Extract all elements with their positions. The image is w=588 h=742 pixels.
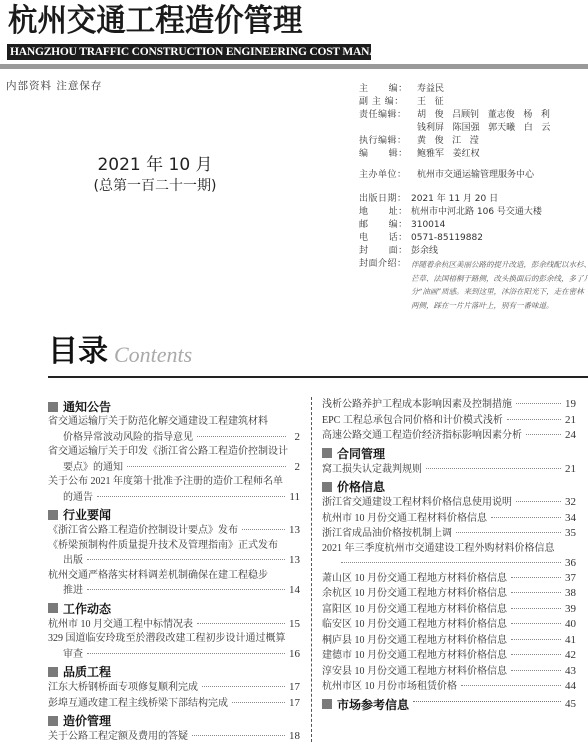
dot-leader — [192, 735, 285, 736]
toc-page-number: 21 — [565, 462, 576, 477]
credit-value: 王 征 — [417, 96, 444, 109]
toc-entry-line: 窝工损失认定裁判规则21 — [322, 462, 576, 478]
cover-intro-text: 伴随着余杭区美丽公路的提升改造，彭余线配以水杉、芒草、法国梧桐于路侧，改头换面后… — [411, 258, 588, 312]
toc-entry[interactable]: 浅析公路养护工程成本影响因素及控制措施19 — [322, 397, 576, 413]
toc-entry-text: 省交通运输厅关于印发《浙江省公路工程造价控制设计 — [48, 445, 288, 460]
toc-page-number: 34 — [565, 511, 576, 526]
square-bullet-icon — [322, 448, 332, 458]
magazine-subtitle: HANGZHOU TRAFFIC CONSTRUCTION ENGINEERIN… — [7, 44, 371, 60]
toc-entry-text: 桐庐县 10 月份交通工程地方材料价格信息 — [322, 634, 507, 649]
toc-entry-line: 浙江省成品油价格按机制上调35 — [322, 526, 576, 542]
dot-leader — [87, 559, 285, 560]
toc-entry-line: 《浙江省公路工程造价控制设计要点》发布13 — [48, 523, 300, 539]
pub-row: 出版日期： 2021 年 11 月 20 日 — [359, 193, 588, 206]
toc-entry-line: 临安区 10 月份交通工程地方材料价格信息40 — [322, 617, 576, 633]
toc-entry-line: 要点》的通知2 — [48, 460, 300, 476]
toc-entry-text: 余杭区 10 月份交通工程地方材料价格信息 — [322, 587, 507, 602]
toc-page-number: 43 — [565, 664, 576, 679]
toc-entry[interactable]: 淳安县 10 月份交通工程地方材料价格信息43 — [322, 664, 576, 680]
toc-entry[interactable]: 余杭区 10 月份交通工程地方材料价格信息38 — [322, 586, 576, 602]
toc-entry-text: 出版 — [63, 554, 83, 569]
toc-entry-line: 省交通运输厅关于防范化解交通建设工程建筑材料 — [48, 415, 300, 430]
contents-title-en: Contents — [114, 342, 192, 368]
credit-value: 钱利屏 陈国强 郭天曦 白 云 — [417, 122, 550, 135]
toc-entry-line: 浅析公路养护工程成本影响因素及控制措施19 — [322, 397, 576, 413]
toc-page-number: 19 — [565, 397, 576, 412]
toc-entry-line: 出版13 — [48, 553, 300, 569]
pub-row: 封 面： 彭余线 — [359, 245, 588, 258]
toc-section-title: 通知公告 — [63, 398, 111, 415]
credit-label: 副 主 编： — [359, 96, 417, 109]
toc-entry-text: EPC 工程总承包合同价格和计价模式浅析 — [322, 414, 503, 429]
toc-entry-line: 36 — [322, 556, 576, 571]
toc-entry[interactable]: 临安区 10 月份交通工程地方材料价格信息40 — [322, 617, 576, 633]
toc-section-header[interactable]: 品质工程 — [48, 663, 300, 680]
toc-entry-line: 桐庐县 10 月份交通工程地方材料价格信息41 — [322, 633, 576, 649]
toc-entry-text: 浙江省交通建设工程材料价格信息使用说明 — [322, 496, 512, 511]
toc-entry[interactable]: 江东大桥钢桥面专项修复顺利完成17 — [48, 680, 300, 696]
editorial-credits: 主 编： 寿益民 副 主 编： 王 征 责任编辑： 胡 俊 吕顾钊 董志俊 杨 … — [359, 83, 550, 182]
toc-entry[interactable]: 329 国道临安玲珑至於潜段改建工程初步设计通过概算审查16 — [48, 632, 300, 662]
toc-entry-line: 2021 年三季度杭州市交通建设工程外购材料价格信息 — [322, 542, 576, 557]
dot-leader — [232, 702, 285, 703]
toc-page-number: 40 — [565, 617, 576, 632]
toc-entry-line: 省交通运输厅关于印发《浙江省公路工程造价控制设计 — [48, 445, 300, 460]
magazine-title: 杭州交通工程造价管理 — [8, 2, 303, 40]
credit-row: 责任编辑： 胡 俊 吕顾钊 董志俊 杨 利 — [359, 109, 550, 122]
pub-label: 电 话： — [359, 232, 411, 245]
publication-info: 出版日期： 2021 年 11 月 20 日 地 址： 杭州市中河北路 106 … — [359, 193, 588, 312]
toc-section-title: 工作动态 — [63, 600, 111, 617]
toc-section-header[interactable]: 工作动态 — [48, 600, 300, 617]
internal-notice: 内部资料 注意保存 — [6, 78, 102, 93]
dot-leader — [511, 639, 561, 640]
toc-entry[interactable]: 《浙江省公路工程造价控制设计要点》发布13 — [48, 523, 300, 539]
toc-page-number: 24 — [565, 428, 576, 443]
toc-section-header[interactable]: 市场参考信息45 — [322, 696, 576, 713]
toc-page-number: 32 — [565, 495, 576, 510]
toc-entry-text: 2021 年三季度杭州市交通建设工程外购材料价格信息 — [322, 542, 555, 557]
toc-entry-line: 彭埠互通改建工程主线桥梁下部结构完成17 — [48, 696, 300, 712]
toc-entry[interactable]: 省交通运输厅关于印发《浙江省公路工程造价控制设计要点》的通知2 — [48, 445, 300, 475]
issue-date: 2021 年 10 月 — [60, 150, 250, 175]
toc-entry[interactable]: 杭州市 10 月份交通工程材料价格信息34 — [322, 511, 576, 527]
toc-section-title: 市场参考信息 — [337, 696, 409, 713]
column-divider — [311, 397, 312, 742]
toc-left-column: 通知公告省交通运输厅关于防范化解交通建设工程建筑材料价格异常波动风险的指导意见2… — [48, 397, 300, 742]
toc-entry-text: 临安区 10 月份交通工程地方材料价格信息 — [322, 618, 507, 633]
toc-entry-line: 杭州市 10 月交通工程中标情况表15 — [48, 617, 300, 633]
toc-entry[interactable]: 关于公路工程定额及费用的答疑18 — [48, 729, 300, 742]
toc-page-number: 44 — [565, 679, 576, 694]
square-bullet-icon — [322, 699, 332, 709]
toc-entry-line: 江东大桥钢桥面专项修复顺利完成17 — [48, 680, 300, 696]
toc-entry-line: 建德市 10 月份交通工程地方材料价格信息42 — [322, 648, 576, 664]
toc-entry[interactable]: 桐庐县 10 月份交通工程地方材料价格信息41 — [322, 633, 576, 649]
toc-entry-text: 关于公布 2021 年度第十批准予注册的造价工程师名单 — [48, 475, 283, 490]
pub-label: 封 面： — [359, 245, 411, 258]
toc-page-number: 36 — [565, 556, 576, 571]
toc-entry-text: 富阳区 10 月份交通工程地方材料价格信息 — [322, 603, 507, 618]
toc-entry-text: 浙江省成品油价格按机制上调 — [322, 527, 452, 542]
toc-entry-line: 价格异常波动风险的指导意见2 — [48, 430, 300, 446]
square-bullet-icon — [48, 510, 58, 520]
toc-entry[interactable]: 萧山区 10 月份交通工程地方材料价格信息37 — [322, 571, 576, 587]
credit-label: 执行编辑： — [359, 135, 417, 148]
toc-entry[interactable]: 建德市 10 月份交通工程地方材料价格信息42 — [322, 648, 576, 664]
toc-page-number: 13 — [289, 553, 300, 568]
pub-row: 电 话： 0571-85119882 — [359, 232, 588, 245]
toc-entry[interactable]: 浙江省成品油价格按机制上调35 — [322, 526, 576, 542]
toc-page-number: 2 — [290, 430, 300, 445]
dot-leader — [197, 623, 285, 624]
pub-value: 310014 — [411, 219, 445, 232]
credit-label: 责任编辑： — [359, 109, 417, 122]
credit-label — [359, 122, 417, 135]
toc-entry-text: 窝工损失认定裁判规则 — [322, 463, 422, 478]
toc-page-number: 37 — [565, 571, 576, 586]
toc-entry-text: 价格异常波动风险的指导意见 — [63, 431, 193, 446]
toc-entry-text: 杭州市 10 月份交通工程材料价格信息 — [322, 512, 487, 527]
dot-leader — [507, 419, 561, 420]
toc-entry-text: 329 国道临安玲珑至於潜段改建工程初步设计通过概算 — [48, 632, 286, 647]
contents-title-cn: 目录 — [48, 336, 108, 368]
pub-value: 杭州市中河北路 106 号交通大楼 — [411, 206, 542, 219]
toc-page-number: 18 — [289, 729, 300, 742]
toc-entry-line: 余杭区 10 月份交通工程地方材料价格信息38 — [322, 586, 576, 602]
toc-entry-line: 高速公路交通工程造价经济指标影响因素分析24 — [322, 428, 576, 444]
credit-label: 主 编： — [359, 83, 417, 96]
toc-entry-text: 浅析公路养护工程成本影响因素及控制措施 — [322, 398, 512, 413]
dot-leader — [202, 686, 285, 687]
toc-entry[interactable]: 杭州市 10 月交通工程中标情况表15 — [48, 617, 300, 633]
contents-heading: 目录 Contents — [48, 336, 192, 368]
credit-label: 编 辑： — [359, 148, 417, 161]
toc-entry[interactable]: 杭州市区 10 月份市场租赁价格44 — [322, 679, 576, 695]
credit-value: 黄 俊 江 滢 — [417, 135, 479, 148]
pub-value: 0571-85119882 — [411, 232, 483, 245]
credit-row: 执行编辑： 黄 俊 江 滢 — [359, 135, 550, 148]
cover-intro-label: 封面介绍： — [359, 258, 411, 312]
toc-section-header[interactable]: 合同管理 — [322, 445, 576, 462]
dot-leader — [511, 608, 561, 609]
toc-entry[interactable]: 2021 年三季度杭州市交通建设工程外购材料价格信息36 — [322, 542, 576, 571]
dot-leader — [426, 468, 561, 469]
toc-section-title: 造价管理 — [63, 712, 111, 729]
dot-leader — [511, 577, 561, 578]
pub-value: 彭余线 — [411, 245, 438, 258]
dot-leader — [242, 529, 285, 530]
toc-page-number: 41 — [565, 633, 576, 648]
dot-leader — [341, 562, 561, 563]
toc-entry[interactable]: 省交通运输厅关于防范化解交通建设工程建筑材料价格异常波动风险的指导意见2 — [48, 415, 300, 445]
toc-page-number: 16 — [289, 647, 300, 662]
toc-page-number: 21 — [565, 413, 576, 428]
toc-section-title: 行业要闻 — [63, 506, 111, 523]
toc-entry[interactable]: EPC 工程总承包合同价格和计价模式浅析21 — [322, 413, 576, 429]
toc-entry-line: 杭州市区 10 月份市场租赁价格44 — [322, 679, 576, 695]
toc-entry[interactable]: 《桥梁预制构件质量提升技术及管理指南》正式发布出版13 — [48, 539, 300, 569]
issue-number: (总第一百二十一期) — [60, 175, 250, 195]
toc-entry-line: 萧山区 10 月份交通工程地方材料价格信息37 — [322, 571, 576, 587]
sponsor-value: 杭州市交通运输管理服务中心 — [417, 169, 534, 182]
toc-entry-text: 萧山区 10 月份交通工程地方材料价格信息 — [322, 572, 507, 587]
dot-leader — [511, 623, 561, 624]
toc-page-number: 17 — [289, 680, 300, 695]
toc-entry-line: 富阳区 10 月份交通工程地方材料价格信息39 — [322, 602, 576, 618]
toc-section-title: 价格信息 — [337, 478, 385, 495]
toc-page-number: 15 — [289, 617, 300, 632]
toc-entry-line: 关于公路工程定额及费用的答疑18 — [48, 729, 300, 742]
toc-entry-line: 浙江省交通建设工程材料价格信息使用说明32 — [322, 495, 576, 511]
toc-entry-text: 江东大桥钢桥面专项修复顺利完成 — [48, 681, 198, 696]
toc-entry-text: 彭埠互通改建工程主线桥梁下部结构完成 — [48, 697, 228, 712]
square-bullet-icon — [48, 667, 58, 677]
sponsor-label: 主办单位： — [359, 169, 417, 182]
toc-entry[interactable]: 彭埠互通改建工程主线桥梁下部结构完成17 — [48, 696, 300, 712]
toc-entry[interactable]: 浙江省交通建设工程材料价格信息使用说明32 — [322, 495, 576, 511]
toc-page-number: 2 — [290, 460, 300, 475]
pub-row: 地 址： 杭州市中河北路 106 号交通大楼 — [359, 206, 588, 219]
toc-section-header[interactable]: 行业要闻 — [48, 506, 300, 523]
toc-entry-text: 杭州市区 10 月份市场租赁价格 — [322, 680, 457, 695]
toc-page-number: 14 — [289, 583, 300, 598]
dot-leader — [511, 654, 561, 655]
toc-entry-text: 《桥梁预制构件质量提升技术及管理指南》正式发布 — [48, 539, 278, 554]
pub-row: 邮 编： 310014 — [359, 219, 588, 232]
toc-entry-text: 推进 — [63, 584, 83, 599]
toc-entry[interactable]: 杭州交通严格落实材料调差机制确保在建工程稳步推进14 — [48, 569, 300, 599]
cover-intro-row: 封面介绍： 伴随着余杭区美丽公路的提升改造，彭余线配以水杉、芒草、法国梧桐于路侧… — [359, 258, 588, 312]
toc-page-number: 35 — [565, 526, 576, 541]
toc-entry-text: 要点》的通知 — [63, 461, 123, 476]
toc-section-title: 合同管理 — [337, 445, 385, 462]
pub-label: 邮 编： — [359, 219, 411, 232]
dot-leader — [526, 434, 561, 435]
toc-entry-line: 推进14 — [48, 583, 300, 599]
toc-page-number: 13 — [289, 523, 300, 538]
toc-entry-line: 的通告11 — [48, 490, 300, 506]
toc-entry-text: 的通告 — [63, 491, 93, 506]
masthead-divider — [0, 64, 588, 69]
pub-label: 出版日期： — [359, 193, 411, 206]
toc-entry-text: 审查 — [63, 648, 83, 663]
credit-row: 主 编： 寿益民 — [359, 83, 550, 96]
credit-value: 胡 俊 吕顾钊 董志俊 杨 利 — [417, 109, 550, 122]
toc-page-number: 11 — [289, 490, 300, 505]
credit-value: 寿益民 — [417, 83, 444, 96]
toc-right-column: 浅析公路养护工程成本影响因素及控制措施19EPC 工程总承包合同价格和计价模式浅… — [322, 397, 576, 713]
dot-leader — [516, 501, 561, 502]
toc-entry[interactable]: 窝工损失认定裁判规则21 — [322, 462, 576, 478]
toc-entry-line: 淳安县 10 月份交通工程地方材料价格信息43 — [322, 664, 576, 680]
toc-page-number: 45 — [565, 698, 576, 710]
dot-leader — [127, 466, 286, 467]
square-bullet-icon — [322, 482, 332, 492]
credit-row: 编 辑： 鲍雅军 姜红权 — [359, 148, 550, 161]
toc-entry[interactable]: 关于公布 2021 年度第十批准予注册的造价工程师名单的通告11 — [48, 475, 300, 505]
dot-leader — [197, 436, 286, 437]
pub-value: 2021 年 11 月 20 日 — [411, 193, 498, 206]
dot-leader — [461, 685, 561, 686]
contents-rule — [48, 376, 588, 378]
toc-entry-text: 淳安县 10 月份交通工程地方材料价格信息 — [322, 665, 507, 680]
toc-entry-text: 省交通运输厅关于防范化解交通建设工程建筑材料 — [48, 415, 268, 430]
dot-leader — [87, 653, 285, 654]
toc-section-header[interactable]: 价格信息 — [322, 478, 576, 495]
dot-leader — [456, 532, 561, 533]
toc-entry-line: 杭州交通严格落实材料调差机制确保在建工程稳步 — [48, 569, 300, 584]
dot-leader — [87, 589, 285, 590]
toc-entry-line: 杭州市 10 月份交通工程材料价格信息34 — [322, 511, 576, 527]
square-bullet-icon — [48, 603, 58, 613]
square-bullet-icon — [48, 716, 58, 726]
toc-entry-line: 关于公布 2021 年度第十批准予注册的造价工程师名单 — [48, 475, 300, 490]
toc-section-header[interactable]: 通知公告 — [48, 398, 300, 415]
toc-entry-text: 高速公路交通工程造价经济指标影响因素分析 — [322, 429, 522, 444]
toc-section-title: 品质工程 — [63, 663, 111, 680]
toc-entry-line: 审查16 — [48, 647, 300, 663]
toc-page-number: 17 — [289, 696, 300, 711]
toc-page-number: 39 — [565, 602, 576, 617]
credit-row: 副 主 编： 王 征 — [359, 96, 550, 109]
toc-entry-text: 《浙江省公路工程造价控制设计要点》发布 — [48, 524, 238, 539]
toc-entry-line: EPC 工程总承包合同价格和计价模式浅析21 — [322, 413, 576, 429]
square-bullet-icon — [48, 402, 58, 412]
toc-entry-text: 建德市 10 月份交通工程地方材料价格信息 — [322, 649, 507, 664]
credit-row: 钱利屏 陈国强 郭天曦 白 云 — [359, 122, 550, 135]
pub-label: 地 址： — [359, 206, 411, 219]
toc-entry-text: 杭州交通严格落实材料调差机制确保在建工程稳步 — [48, 569, 268, 584]
sponsor-row: 主办单位： 杭州市交通运输管理服务中心 — [359, 169, 550, 182]
toc-entry[interactable]: 富阳区 10 月份交通工程地方材料价格信息39 — [322, 602, 576, 618]
toc-entry-line: 329 国道临安玲珑至於潜段改建工程初步设计通过概算 — [48, 632, 300, 647]
dot-leader — [97, 496, 285, 497]
toc-page-number: 42 — [565, 648, 576, 663]
dot-leader — [516, 403, 561, 404]
dot-leader — [491, 517, 561, 518]
credit-value: 鲍雅军 姜红权 — [417, 148, 480, 161]
dot-leader — [413, 701, 561, 702]
toc-entry-text: 关于公路工程定额及费用的答疑 — [48, 730, 188, 742]
dot-leader — [511, 592, 561, 593]
toc-entry[interactable]: 高速公路交通工程造价经济指标影响因素分析24 — [322, 428, 576, 444]
toc-section-header[interactable]: 造价管理 — [48, 712, 300, 729]
dot-leader — [511, 670, 561, 671]
toc-entry-text: 杭州市 10 月交通工程中标情况表 — [48, 618, 193, 633]
toc-page-number: 38 — [565, 586, 576, 601]
toc-entry-line: 《桥梁预制构件质量提升技术及管理指南》正式发布 — [48, 539, 300, 554]
